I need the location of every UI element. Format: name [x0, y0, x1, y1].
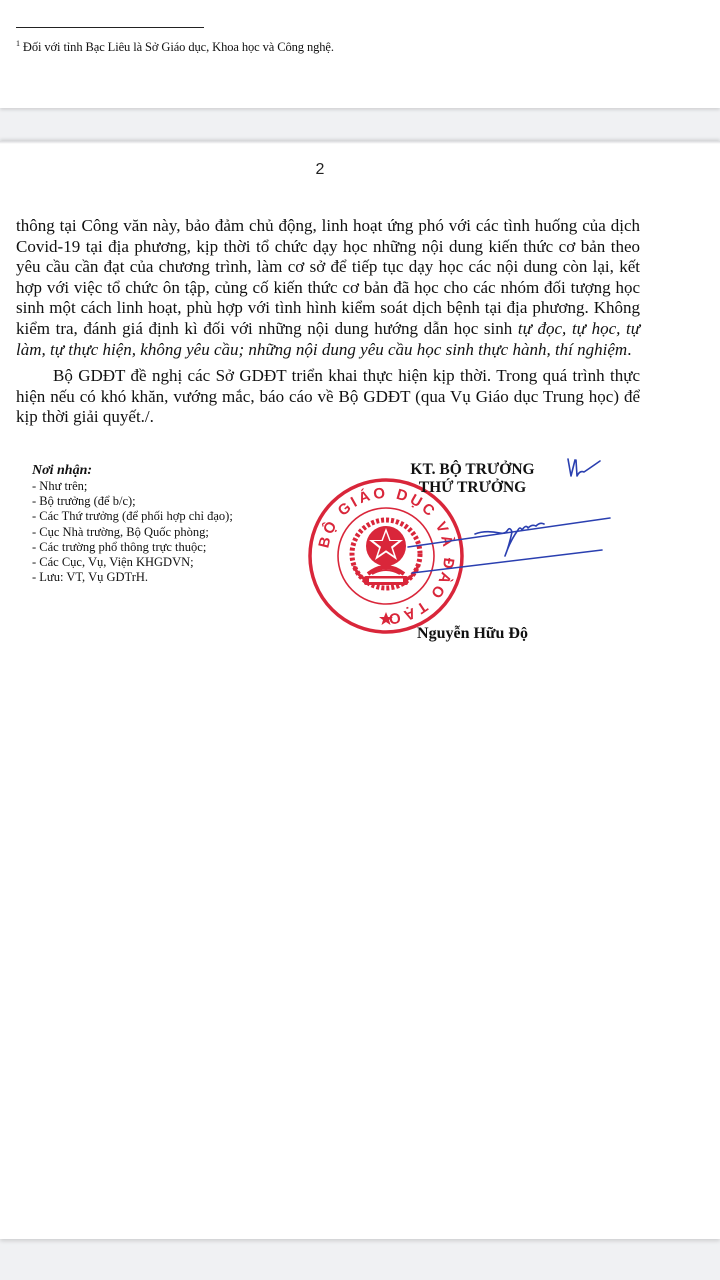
- body-text: thông tại Công văn này, bảo đảm chủ động…: [16, 216, 640, 428]
- footnote-text: Đối với tỉnh Bạc Liêu là Sở Giáo dục, Kh…: [23, 40, 334, 54]
- recipients-section: Nơi nhận: - Như trên; - Bộ trưởng (để b/…: [32, 463, 233, 585]
- footnote: 1Đối với tỉnh Bạc Liêu là Sở Giáo dục, K…: [16, 36, 334, 55]
- footnote-marker: 1: [16, 39, 20, 48]
- recipient-item: - Lưu: VT, Vụ GDTrH.: [32, 570, 233, 585]
- current-page: 2 thông tại Công văn này, bảo đảm chủ độ…: [0, 141, 720, 1239]
- recipient-item: - Các Thứ trưởng (để phối hợp chỉ đạo);: [32, 509, 233, 524]
- page-top-edge: [0, 141, 720, 144]
- recipient-item: - Cục Nhà trường, Bộ Quốc phòng;: [32, 525, 233, 540]
- document-viewer[interactable]: 1Đối với tỉnh Bạc Liêu là Sở Giáo dục, K…: [0, 0, 720, 1280]
- footnote-separator: [16, 27, 204, 28]
- paragraph-1: thông tại Công văn này, bảo đảm chủ động…: [16, 216, 640, 360]
- recipients-list: - Như trên; - Bộ trưởng (để b/c); - Các …: [32, 479, 233, 585]
- paragraph-2: Bộ GDĐT đề nghị các Sở GDĐT triển khai t…: [16, 366, 640, 428]
- recipient-item: - Bộ trưởng (để b/c);: [32, 494, 233, 509]
- recipient-item: - Như trên;: [32, 479, 233, 494]
- page-number: 2: [0, 161, 640, 179]
- recipients-heading: Nơi nhận:: [32, 463, 233, 479]
- handwritten-signature-icon: [300, 446, 620, 596]
- signer-name: Nguyễn Hữu Độ: [390, 625, 555, 643]
- recipient-item: - Các trường phổ thông trực thuộc;: [32, 540, 233, 555]
- paragraph-1-end: .: [627, 340, 631, 359]
- previous-page: 1Đối với tỉnh Bạc Liêu là Sở Giáo dục, K…: [0, 0, 720, 108]
- recipient-item: - Các Cục, Vụ, Viện KHGDVN;: [32, 555, 233, 570]
